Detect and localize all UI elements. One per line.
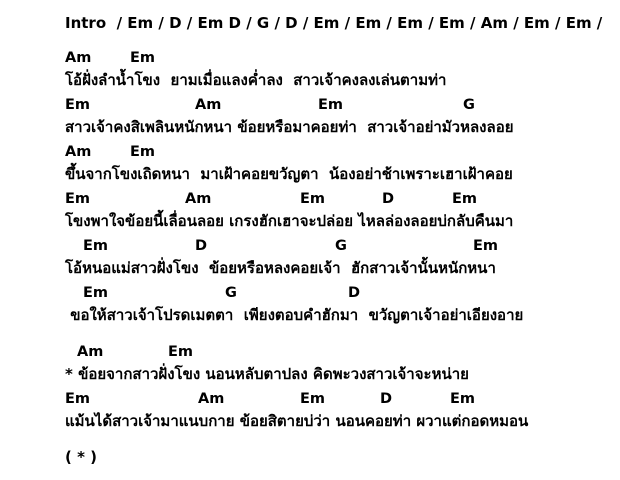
spacer bbox=[65, 438, 610, 448]
chord-label: Am bbox=[65, 144, 91, 160]
chord-label: Em bbox=[452, 191, 477, 207]
chord-label: G bbox=[463, 97, 475, 113]
lyric-line: โขงพาใจข้อยนี้เลื่อนลอย เกรงฮักเฮาจะปล่อ… bbox=[65, 209, 610, 238]
chord-label: Em bbox=[83, 238, 108, 254]
chord-label: D bbox=[380, 391, 392, 407]
chord-label: D bbox=[195, 238, 207, 254]
coda-line: ( * ) bbox=[65, 448, 610, 470]
chord-label: Em bbox=[130, 144, 155, 160]
chord-label: Em bbox=[300, 191, 325, 207]
chord-row: EmAmEmDEm bbox=[65, 391, 610, 409]
chord-label: Em bbox=[83, 285, 108, 301]
chord-label: Am bbox=[65, 50, 91, 66]
lyric-line: โอ้หนอแม่สาวฝั่งโขง ข้อยหรือหลงคอยเจ้า ฮ… bbox=[65, 256, 610, 285]
chord-row: EmAmEmDEm bbox=[65, 191, 610, 209]
lyric-line: สาวเจ้าคงสิเพลินหนักหนา ข้อยหรือมาคอยท่า… bbox=[65, 115, 610, 144]
chord-row: AmEm bbox=[65, 144, 610, 162]
chord-label: Am bbox=[195, 97, 221, 113]
chord-label: Em bbox=[318, 97, 343, 113]
chord-label: Am bbox=[77, 344, 103, 360]
chord-row: AmEm bbox=[65, 50, 610, 68]
spacer bbox=[65, 37, 610, 50]
lyric-line: * ข้อยจากสาวฝั่งโขง นอนหลับตาปลง คิดพะวง… bbox=[65, 362, 610, 391]
chord-label: D bbox=[382, 191, 394, 207]
chord-label: G bbox=[335, 238, 347, 254]
chord-label: Em bbox=[130, 50, 155, 66]
chord-sheet: Intro / Em / D / Em D / G / D / Em / Em … bbox=[0, 0, 620, 480]
chord-row: EmGD bbox=[65, 285, 610, 303]
chord-label: Em bbox=[450, 391, 475, 407]
chord-label: Em bbox=[168, 344, 193, 360]
lyric-line: แม้นได้สาวเจ้ามาแนบกาย ข้อยสิตายบ่ว่า นอ… bbox=[65, 409, 610, 438]
chord-label: Em bbox=[65, 191, 90, 207]
lyric-line: ขอให้สาวเจ้าโปรดเมตตา เพียงตอบคำฮักมา ขว… bbox=[65, 303, 610, 332]
lyric-line: ขึ้นจากโขงเถิดหนา มาเฝ้าคอยขวัญตา น้องอย… bbox=[65, 162, 610, 191]
chord-row: EmAmEmG bbox=[65, 97, 610, 115]
chord-row: EmDGEm bbox=[65, 238, 610, 256]
chord-row: AmEm bbox=[65, 344, 610, 362]
chord-label: Em bbox=[65, 97, 90, 113]
chord-label: Am bbox=[185, 191, 211, 207]
chord-label: Em bbox=[473, 238, 498, 254]
chord-label: Em bbox=[65, 391, 90, 407]
intro-line: Intro / Em / D / Em D / G / D / Em / Em … bbox=[65, 14, 610, 37]
chord-label: G bbox=[225, 285, 237, 301]
chord-label: Am bbox=[198, 391, 224, 407]
spacer bbox=[65, 332, 610, 344]
lyric-line: โอ้ฝั่งลำน้ำโขง ยามเมื่อแลงค่ำลง สาวเจ้า… bbox=[65, 68, 610, 97]
chord-label: Em bbox=[300, 391, 325, 407]
chord-label: D bbox=[348, 285, 360, 301]
